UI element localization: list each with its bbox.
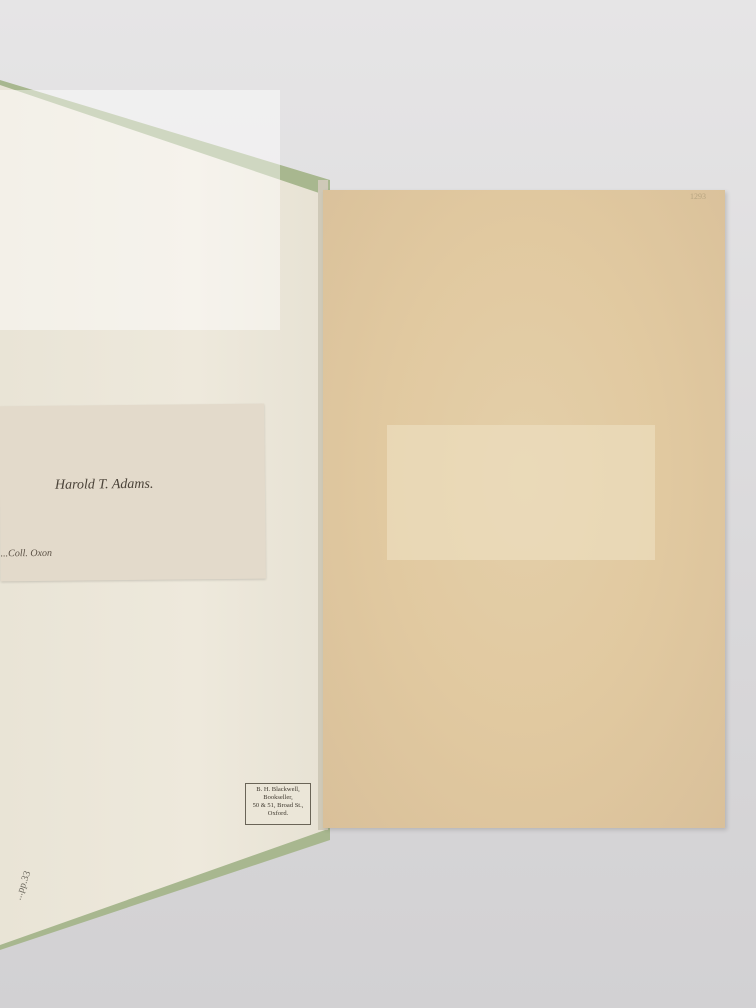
offset-card-mark bbox=[387, 425, 655, 560]
label-line-2: Bookseller, bbox=[246, 794, 310, 802]
label-line-4: Oxford. bbox=[246, 810, 310, 818]
pencil-page-number: 1293 bbox=[690, 192, 706, 201]
label-line-1: B. H. Blackwell, bbox=[246, 786, 310, 794]
card-address: ...Coll. Oxon bbox=[1, 548, 53, 560]
calling-card: Harold T. Adams. ...Coll. Oxon bbox=[0, 404, 266, 582]
bookseller-label: B. H. Blackwell, Bookseller, 50 & 51, Br… bbox=[245, 783, 311, 825]
glassine-wrapper bbox=[0, 90, 280, 330]
label-line-3: 50 & 51, Broad St., bbox=[246, 802, 310, 810]
card-name: Harold T. Adams. bbox=[55, 477, 154, 494]
